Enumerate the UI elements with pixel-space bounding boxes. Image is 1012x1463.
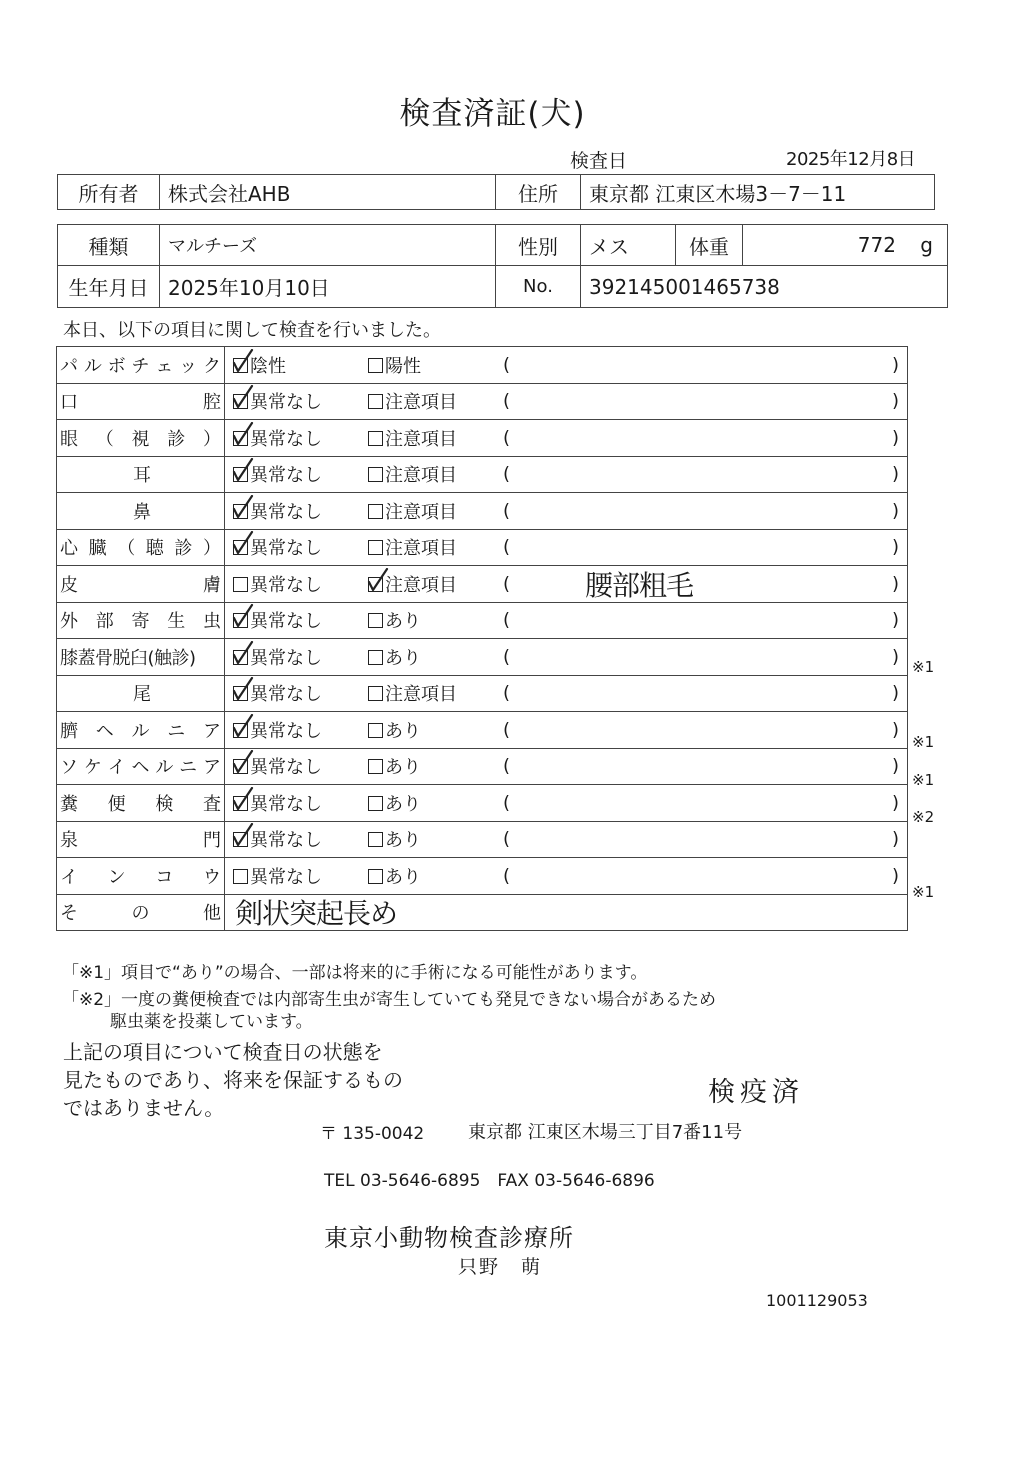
option-normal[interactable]: 異常なし (233, 534, 322, 560)
item-name-char: の (132, 899, 150, 925)
item-name: 鼻 (57, 493, 225, 530)
disclaimer: 上記の項目について検査日の状態を 見たものであり、将来を保証するもの ではありま… (63, 1038, 403, 1122)
breed-label: 種類 (58, 225, 160, 266)
checkbox-unchecked[interactable] (368, 686, 383, 701)
paren-close: ) (892, 537, 899, 558)
item-name-char: ェ (155, 352, 173, 378)
checkmark-icon (232, 750, 254, 774)
paren-close: ) (892, 354, 899, 375)
checkmark-icon (232, 495, 254, 519)
paren-open: ( (503, 464, 510, 485)
clinic-address: 東京都 江東区木場三丁目7番11号 (468, 1118, 742, 1144)
birth-value: 2025年10月10日 (160, 266, 496, 308)
option-label: あり (385, 830, 421, 851)
item-result: 異常なし注意項目() (225, 383, 908, 420)
item-name-char: ッ (179, 352, 197, 378)
item-name-char: 検 (155, 790, 173, 816)
item-name-char: ケ (84, 753, 102, 779)
item-name: 眼（視診） (57, 420, 225, 457)
exam-item-row-other: その他剣状突起長め (57, 894, 908, 931)
item-name-char: ヘ (131, 753, 149, 779)
item-name-char: 視 (132, 425, 150, 451)
item-name-char: ル (132, 717, 150, 743)
checkbox-unchecked[interactable] (368, 467, 383, 482)
option-label: 異常なし (250, 867, 322, 888)
checkbox-unchecked[interactable] (368, 394, 383, 409)
weight-value: 772 (858, 233, 896, 257)
item-result: 異常なし注意項目() (225, 420, 908, 457)
item-result: 異常なし注意項目() (225, 493, 908, 530)
item-name-char: 虫 (203, 607, 221, 633)
item-result: 異常なしあり() (225, 821, 908, 858)
no-label: No. (496, 266, 581, 308)
paren-open: ( (503, 354, 510, 375)
checkbox-checked[interactable] (233, 504, 248, 519)
footnote-mark: ※1 (912, 771, 934, 789)
item-result: 異常なしあり() (225, 748, 908, 785)
checkmark-icon (232, 604, 254, 628)
item-name-char: 聴 (146, 534, 164, 560)
checkmark-icon (232, 385, 254, 409)
item-name: パルボチェック (57, 347, 225, 384)
checkbox-checked[interactable] (233, 431, 248, 446)
address-label: 住所 (496, 175, 581, 210)
item-name-char: 臓 (89, 534, 107, 560)
paren-open: ( (503, 719, 510, 740)
paren-open: ( (503, 756, 510, 777)
item-name: 皮膚 (57, 566, 225, 603)
checkbox-checked[interactable] (233, 540, 248, 555)
item-name-char: ） (203, 534, 221, 560)
item-name-char: ア (203, 753, 221, 779)
option-abnormal[interactable]: 注意項目 (368, 498, 457, 524)
checkmark-icon (232, 677, 254, 701)
option-label: あり (385, 721, 421, 742)
breed-value: マルチーズ (160, 225, 496, 266)
item-name-char: ニ (167, 717, 185, 743)
item-name: 泉門 (57, 821, 225, 858)
paren-close: ) (892, 391, 899, 412)
handwritten-other-note: 剣状突起長め (235, 892, 397, 932)
weight-unit: g (920, 233, 933, 257)
paren-open: ( (503, 573, 510, 594)
paren-close: ) (892, 464, 899, 485)
option-normal[interactable]: 異常なし (233, 826, 322, 852)
option-label: あり (385, 757, 421, 778)
weight-cell: 772 g (743, 225, 948, 266)
exam-item-row: 眼（視診）異常なし注意項目() (57, 420, 908, 457)
checkmark-icon (232, 531, 254, 555)
disclaimer-line-3: ではありません。 (63, 1094, 403, 1122)
exam-item-row: 鼻異常なし注意項目() (57, 493, 908, 530)
footnote-mark: ※1 (912, 658, 934, 676)
item-name-char: ヘ (96, 717, 114, 743)
item-result: 異常なしあり() (225, 712, 908, 749)
option-abnormal[interactable]: 注意項目 (368, 571, 457, 597)
paren-close: ) (892, 500, 899, 521)
option-abnormal[interactable]: あり (368, 753, 421, 779)
checkbox-checked[interactable] (233, 394, 248, 409)
item-name-char: ル (155, 753, 173, 779)
checkbox-unchecked[interactable] (368, 796, 383, 811)
item-name-char: 臍 (60, 717, 78, 743)
item-name-char: 口 (60, 388, 78, 414)
item-name-char: イ (60, 863, 78, 889)
checkbox-checked[interactable] (233, 358, 248, 373)
disclaimer-line-2: 見たものであり、将来を保証するもの (63, 1066, 403, 1094)
item-name-char: 心 (60, 534, 78, 560)
checkbox-unchecked[interactable] (368, 869, 383, 884)
item-name-char: ア (203, 717, 221, 743)
paren-open: ( (503, 391, 510, 412)
paren-close: ) (892, 610, 899, 631)
item-name-char: 耳 (133, 465, 151, 486)
option-label: 注意項目 (385, 429, 457, 450)
checkmark-icon (232, 787, 254, 811)
checkbox-checked[interactable] (233, 796, 248, 811)
option-label: 異常なし (250, 538, 322, 559)
animal-table: 種類 マルチーズ 性別 メス 体重 772 g 生年月日 2025年10月10日… (57, 224, 948, 308)
item-name: 心臓（聴診） (57, 529, 225, 566)
paren-close: ) (892, 573, 899, 594)
item-name-char: 寄 (132, 607, 150, 633)
paren-open: ( (503, 610, 510, 631)
option-abnormal[interactable]: 注意項目 (368, 680, 457, 706)
item-result: 異常なし注意項目() (225, 456, 908, 493)
option-normal[interactable]: 異常なし (233, 425, 322, 451)
clinic-name: 東京小動物検査診療所 (324, 1218, 574, 1253)
item-name-char: 部 (96, 607, 114, 633)
exam-item-row: 耳異常なし注意項目() (57, 456, 908, 493)
option-label: 注意項目 (385, 575, 457, 596)
paren-open: ( (503, 865, 510, 886)
option-label: 異常なし (250, 757, 322, 778)
option-label: あり (385, 794, 421, 815)
item-name-char: 外 (60, 607, 78, 633)
other-result: 剣状突起長め (225, 894, 908, 931)
item-name: 耳 (57, 456, 225, 493)
option-label: 異常なし (250, 575, 322, 596)
checkbox-checked[interactable] (368, 577, 383, 592)
birth-label: 生年月日 (58, 266, 160, 308)
checkmark-icon (232, 714, 254, 738)
checkbox-checked[interactable] (233, 723, 248, 738)
item-result: 異常なしあり() (225, 858, 908, 895)
item-name: 臍ヘルニア (57, 712, 225, 749)
item-name-char: コ (155, 863, 173, 889)
exam-item-row: 口腔異常なし注意項目() (57, 383, 908, 420)
checkbox-checked[interactable] (233, 759, 248, 774)
paren-close: ) (892, 683, 899, 704)
option-normal[interactable]: 異常なし (233, 680, 322, 706)
option-normal[interactable]: 異常なし (233, 753, 322, 779)
footnote-1: 「※1」項目で“あり”の場合、一部は将来的に手術になる可能性があります。 (62, 958, 647, 983)
quarantine-stamp: 検疫済 (708, 1070, 804, 1109)
item-result: 異常なし注意項目() (225, 529, 908, 566)
item-result: 異常なしあり() (225, 602, 908, 639)
sex-value: メス (581, 225, 676, 266)
checkbox-unchecked[interactable] (368, 504, 383, 519)
item-name-char: 膝蓋骨脱臼(触診) (60, 648, 196, 669)
checkbox-unchecked[interactable] (368, 759, 383, 774)
weight-label: 体重 (676, 225, 743, 266)
checkbox-unchecked[interactable] (368, 358, 383, 373)
exam-date: 2025年12月8日 (786, 145, 915, 171)
option-label: 異常なし (250, 392, 322, 413)
item-name: 口腔 (57, 383, 225, 420)
item-result: 異常なし注意項目()腰部粗毛 (225, 566, 908, 603)
item-name-char: そ (60, 899, 78, 925)
address-value: 東京都 江東区木場3－7－11 (581, 175, 935, 210)
item-name-char: パ (60, 352, 78, 378)
option-label: あり (385, 611, 421, 632)
item-name-char: ） (203, 425, 221, 451)
paren-close: ) (892, 792, 899, 813)
option-abnormal[interactable]: あり (368, 607, 421, 633)
option-normal[interactable]: 陰性 (233, 352, 286, 378)
item-name: インコウ (57, 858, 225, 895)
disclaimer-line-1: 上記の項目について検査日の状態を (63, 1038, 403, 1066)
item-name-char: 門 (203, 826, 221, 852)
option-label: 陰性 (250, 356, 286, 377)
paren-close: ) (892, 646, 899, 667)
sex-label: 性別 (496, 225, 581, 266)
serial-number: 1001129053 (766, 1291, 868, 1310)
item-name-char: ソ (60, 753, 78, 779)
option-label: 異常なし (250, 429, 322, 450)
item-name-char: ル (84, 352, 102, 378)
checkbox-checked[interactable] (233, 832, 248, 847)
option-label: 異常なし (250, 794, 322, 815)
clinic-zip: 〒 135-0042 (320, 1119, 424, 1144)
exam-item-row: 皮膚異常なし注意項目()腰部粗毛 (57, 566, 908, 603)
item-name-char: 鼻 (133, 502, 151, 523)
checkbox-unchecked[interactable] (368, 540, 383, 555)
checkmark-icon (232, 458, 254, 482)
item-name-char: 眼 (60, 425, 78, 451)
item-name-char: ク (203, 352, 221, 378)
item-name: 尾 (57, 675, 225, 712)
checkbox-unchecked[interactable] (233, 869, 248, 884)
item-name-char: （ (117, 534, 135, 560)
exam-item-row: ソケイヘルニア異常なしあり() (57, 748, 908, 785)
option-abnormal[interactable]: 注意項目 (368, 461, 457, 487)
item-name: 外部寄生虫 (57, 602, 225, 639)
item-name-char: 他 (203, 899, 221, 925)
item-name-char: 査 (203, 790, 221, 816)
option-abnormal[interactable]: あり (368, 717, 421, 743)
item-name-char: ニ (179, 753, 197, 779)
paren-open: ( (503, 646, 510, 667)
option-abnormal[interactable]: 注意項目 (368, 534, 457, 560)
option-normal[interactable]: 異常なし (233, 461, 322, 487)
option-abnormal[interactable]: 陽性 (368, 352, 421, 378)
item-name-char: 皮 (60, 571, 78, 597)
option-abnormal[interactable]: 注意項目 (368, 425, 457, 451)
item-result: 陰性陽性() (225, 347, 908, 384)
item-name-char: 腔 (203, 388, 221, 414)
item-result: 異常なしあり() (225, 785, 908, 822)
vet-name: 只野 萌 (458, 1252, 542, 1279)
item-name-char: 診 (167, 425, 185, 451)
option-label: 異常なし (250, 684, 322, 705)
exam-item-row: 糞便検査異常なしあり() (57, 785, 908, 822)
checkmark-icon (232, 349, 254, 373)
checkbox-checked[interactable] (233, 613, 248, 628)
item-name: 膝蓋骨脱臼(触診) (57, 639, 225, 676)
checkbox-checked[interactable] (233, 650, 248, 665)
paren-close: ) (892, 719, 899, 740)
item-result: 異常なしあり() (225, 639, 908, 676)
exam-item-row: パルボチェック陰性陽性() (57, 347, 908, 384)
exam-items-table: パルボチェック陰性陽性()口腔異常なし注意項目()眼（視診）異常なし注意項目()… (56, 346, 908, 931)
option-abnormal[interactable]: あり (368, 826, 421, 852)
checkbox-unchecked[interactable] (368, 650, 383, 665)
paren-close: ) (892, 427, 899, 448)
exam-item-row: 泉門異常なしあり() (57, 821, 908, 858)
option-label: 注意項目 (385, 465, 457, 486)
exam-item-row: インコウ異常なしあり() (57, 858, 908, 895)
item-name-char: ウ (203, 863, 221, 889)
exam-date-label: 検査日 (570, 146, 627, 173)
option-label: 注意項目 (385, 502, 457, 523)
checkbox-checked[interactable] (233, 467, 248, 482)
checkbox-unchecked[interactable] (233, 577, 248, 592)
intro-text: 本日、以下の項目に関して検査を行いました。 (63, 316, 441, 342)
option-normal[interactable]: 異常なし (233, 790, 322, 816)
owner-label: 所有者 (58, 175, 160, 210)
exam-item-row: 外部寄生虫異常なしあり() (57, 602, 908, 639)
option-normal[interactable]: 異常なし (233, 571, 322, 597)
option-label: 異常なし (250, 721, 322, 742)
exam-item-row: 膝蓋骨脱臼(触診)異常なしあり() (57, 639, 908, 676)
item-name-char: チ (131, 352, 149, 378)
item-name-char: 泉 (60, 826, 78, 852)
owner-value: 株式会社AHB (160, 175, 496, 210)
option-normal[interactable]: 異常なし (233, 607, 322, 633)
checkbox-unchecked[interactable] (368, 723, 383, 738)
item-name: ソケイヘルニア (57, 748, 225, 785)
footnote-mark: ※2 (912, 808, 934, 826)
item-name: 糞便検査 (57, 785, 225, 822)
paren-close: ) (892, 865, 899, 886)
item-result: 異常なし注意項目() (225, 675, 908, 712)
checkbox-unchecked[interactable] (368, 613, 383, 628)
paren-open: ( (503, 792, 510, 813)
checkbox-checked[interactable] (233, 686, 248, 701)
option-label: 異常なし (250, 465, 322, 486)
item-name-char: 糞 (60, 790, 78, 816)
item-name: その他 (57, 894, 225, 931)
document-title: 検査済証(犬) (0, 88, 985, 133)
paren-close: ) (892, 829, 899, 850)
option-label: あり (385, 648, 421, 669)
option-abnormal[interactable]: あり (368, 863, 421, 889)
option-normal[interactable]: 異常なし (233, 498, 322, 524)
item-name-char: 膚 (203, 571, 221, 597)
paren-close: ) (892, 756, 899, 777)
handwritten-note: 腰部粗毛 (585, 564, 693, 604)
option-label: 異常なし (250, 830, 322, 851)
checkbox-unchecked[interactable] (368, 431, 383, 446)
checkmark-icon (232, 422, 254, 446)
exam-item-row: 尾異常なし注意項目() (57, 675, 908, 712)
option-label: 注意項目 (385, 684, 457, 705)
option-normal[interactable]: 異常なし (233, 717, 322, 743)
paren-open: ( (503, 829, 510, 850)
option-label: 異常なし (250, 611, 322, 632)
exam-item-row: 心臓（聴診）異常なし注意項目() (57, 529, 908, 566)
option-abnormal[interactable]: あり (368, 790, 421, 816)
paren-open: ( (503, 427, 510, 448)
option-label: 陽性 (385, 356, 421, 377)
checkmark-icon (232, 823, 254, 847)
item-name-char: 尾 (133, 684, 151, 705)
option-label: 注意項目 (385, 392, 457, 413)
exam-item-row: 臍ヘルニア異常なしあり() (57, 712, 908, 749)
item-name-char: ボ (108, 352, 126, 378)
option-normal[interactable]: 異常なし (233, 644, 322, 670)
item-name-char: 便 (108, 790, 126, 816)
footnote-mark: ※1 (912, 883, 934, 901)
checkbox-unchecked[interactable] (368, 832, 383, 847)
paren-open: ( (503, 683, 510, 704)
item-name-char: 生 (167, 607, 185, 633)
option-label: 異常なし (250, 502, 322, 523)
checkmark-icon (367, 568, 389, 592)
option-normal[interactable]: 異常なし (233, 388, 322, 414)
item-name-char: 診 (174, 534, 192, 560)
no-value: 392145001465738 (581, 266, 948, 308)
paren-open: ( (503, 537, 510, 558)
checkmark-icon (232, 641, 254, 665)
footnote-mark: ※1 (912, 733, 934, 751)
owner-table: 所有者 株式会社AHB 住所 東京都 江東区木場3－7－11 (57, 174, 935, 210)
option-label: あり (385, 867, 421, 888)
clinic-tel-fax: TEL 03-5646-6895 FAX 03-5646-6896 (324, 1166, 655, 1191)
paren-open: ( (503, 500, 510, 521)
option-label: 異常なし (250, 648, 322, 669)
footnote-2-cont: 駆虫薬を投薬しています。 (110, 1007, 313, 1032)
option-normal[interactable]: 異常なし (233, 863, 322, 889)
item-name-char: （ (96, 425, 114, 451)
option-abnormal[interactable]: あり (368, 644, 421, 670)
item-name-char: ン (108, 863, 126, 889)
item-name-char: イ (108, 753, 126, 779)
option-abnormal[interactable]: 注意項目 (368, 388, 457, 414)
option-label: 注意項目 (385, 538, 457, 559)
